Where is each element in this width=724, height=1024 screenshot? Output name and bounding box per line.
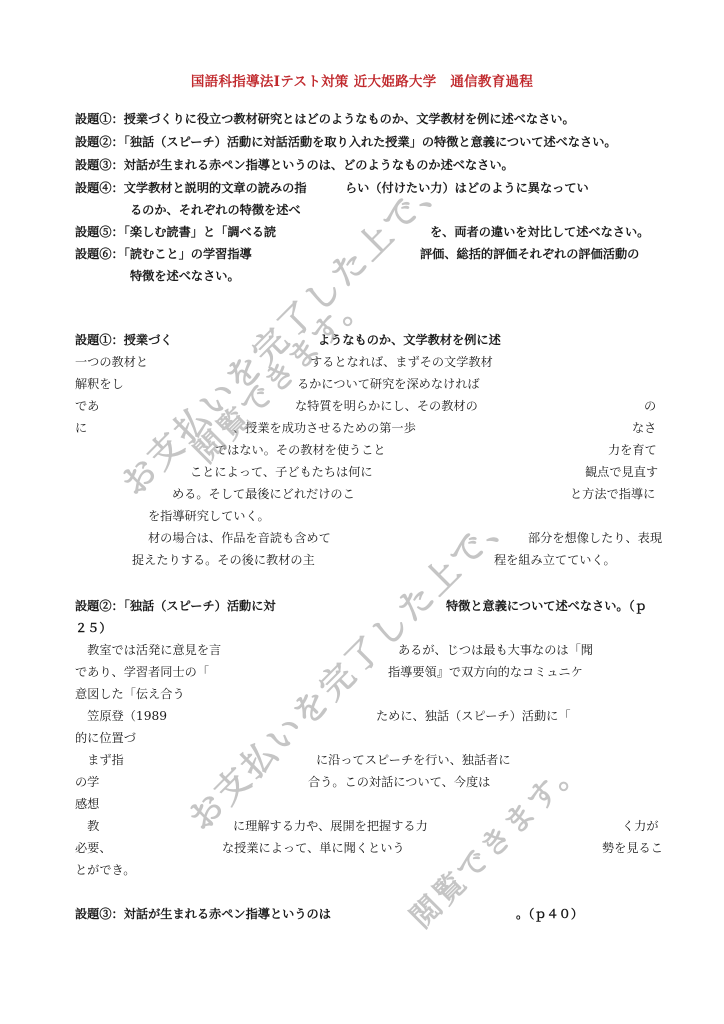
question-label: 設題⑤：	[75, 225, 124, 239]
question-6: 設題⑥：「読むこと」の学習指導	[75, 246, 252, 262]
answer-2-line: に沿ってスピーチを行い、独話者に	[316, 752, 511, 768]
answer-2-line: まず指	[75, 752, 124, 768]
question-text: 文学教材と説明的文章の読みの指	[124, 181, 307, 195]
answer-1-line: 力を育て	[608, 442, 657, 458]
document-page: 国語科指導法Ⅰテスト対策 近大姫路大学 通信教育過程 設題①：授業づくりに役立つ…	[0, 0, 724, 1024]
question-4: 設題④：文学教材と説明的文章の読みの指	[75, 180, 307, 196]
question-4-cont: らい（付けたい力）はどのように異なってい	[345, 180, 589, 196]
answer-2-line: 必要、	[75, 840, 112, 856]
question-5-cont: を、両者の違いを対比して述べなさい。	[430, 224, 649, 240]
question-label: 設題⑥：	[75, 247, 124, 261]
answer-2-line: く力が	[622, 818, 659, 834]
answer-1-line: の	[644, 398, 656, 414]
answer-2-line: な授業によって、単に聞くという	[222, 840, 405, 856]
answer-2-line: の学	[75, 774, 99, 790]
question-5: 設題⑤：「楽しむ読書」と「調べる読	[75, 224, 276, 240]
answer-1-line: な特質を明らかにし、その教材の	[295, 398, 478, 414]
question-2: 設題②：「独話（スピーチ）活動に対話活動を取り入れた授業」の特徴と意義について述…	[75, 134, 617, 150]
question-text: 「楽しむ読書」と「調べる読	[124, 225, 276, 239]
question-label: 設題①：	[75, 112, 124, 126]
answer-2-line: とができ。	[75, 862, 135, 878]
answer-1-line: 一つの教材と	[75, 354, 148, 370]
answer-2-line: であり、学習者同士の「	[75, 664, 209, 680]
answer-2-line: に理解する力や、展開を把握する力	[233, 818, 428, 834]
question-6-cont2: 特徴を述べなさい。	[130, 268, 240, 284]
answer-2-line: 教	[75, 818, 99, 834]
question-3: 設題③：対話が生まれる赤ペン指導というのは、どのようなものか述べなさい。	[75, 157, 514, 173]
answer-1-line: 材の場合は、作品を音読も含めて	[148, 530, 331, 546]
answer-2-line: 合う。この対話について、今度は	[308, 774, 490, 790]
answer-2-heading: 設題②：「独話（スピーチ）活動に対	[75, 598, 276, 614]
answer-1-line: 捉えたりする。その後に教材の主	[132, 552, 315, 568]
answer-2-line: 的に位置づ	[75, 730, 136, 746]
answer-1-line: と方法で指導に	[570, 486, 655, 502]
answer-3-heading: 設題③：対話が生まれる赤ペン指導というのは	[75, 906, 331, 922]
question-text: 対話が生まれる赤ペン指導というのは、どのようなものか述べなさい。	[124, 158, 514, 172]
answer-2-heading-cont2: ２５）	[75, 620, 112, 636]
question-label: 設題③：	[75, 158, 124, 172]
question-text: 「読むこと」の学習指導	[124, 247, 252, 261]
answer-1-line: なさ	[632, 420, 656, 436]
answer-1-line: 程を組み立てていく。	[494, 552, 616, 568]
answer-1-line: ことによって、子どもたちは何に	[190, 464, 373, 480]
answer-1-line: するとなれば、まずその文学教材	[310, 354, 493, 370]
question-text: 授業づくりに役立つ教材研究とはどのようなものか、文学教材を例に述べなさい。	[124, 112, 575, 126]
answer-1-line: るかについて研究を深めなければ	[297, 376, 480, 392]
answer-1-heading-cont: ようなものか、文学教材を例に述	[318, 332, 501, 348]
answer-1-line: ではない。その教材を使うこと	[215, 442, 386, 458]
answer-1-line: 観点で見直す	[585, 464, 658, 480]
question-label: 設題②：	[75, 135, 124, 149]
answer-1-line: 解釈をし	[75, 376, 124, 392]
answer-1-line: 部分を想像したり、表現	[528, 530, 662, 546]
answer-2-line: 意図した「伝え合う	[75, 686, 185, 702]
answer-2-line: 笠原登（1989	[75, 708, 167, 724]
document-title: 国語科指導法Ⅰテスト対策 近大姫路大学 通信教育過程	[0, 70, 724, 90]
question-label: 設題④：	[75, 181, 124, 195]
answer-3-heading-cont: 。（ｐ４０）	[516, 906, 583, 922]
question-6-cont: 評価、総括的評価それぞれの評価活動の	[420, 246, 639, 262]
answer-1-line: に	[75, 420, 87, 436]
question-1: 設題①：授業づくりに役立つ教材研究とはどのようなものか、文学教材を例に述べなさい…	[75, 111, 575, 127]
answer-1-heading: 設題①：授業づく	[75, 332, 173, 348]
answer-2-line: あるが、じつは最も大事なのは「聞	[398, 642, 593, 658]
answer-2-line: 教室では活発に意見を言	[75, 642, 221, 658]
answer-1-line: 、授業を成功させるための第一歩	[233, 420, 416, 436]
answer-2-line: 勢を見るこ	[602, 840, 663, 856]
answer-1-line: であ	[75, 398, 99, 414]
answer-1-line: める。そして最後にどれだけのこ	[172, 486, 355, 502]
question-4-cont2: るのか、それぞれの特徴を述べ	[130, 202, 301, 218]
answer-2-heading-cont: 特徴と意義について述べなさい。（ｐ	[446, 598, 647, 614]
answer-2-line: ために、独話（スピーチ）活動に「	[376, 708, 571, 724]
answer-1-line: を指導研究していく。	[148, 508, 270, 524]
answer-2-line: 指導要領』で双方向的なコミュニケ	[388, 664, 583, 680]
question-text: 「独話（スピーチ）活動に対話活動を取り入れた授業」の特徴と意義について述べなさい…	[124, 135, 617, 149]
answer-2-line: 感想	[75, 796, 99, 812]
